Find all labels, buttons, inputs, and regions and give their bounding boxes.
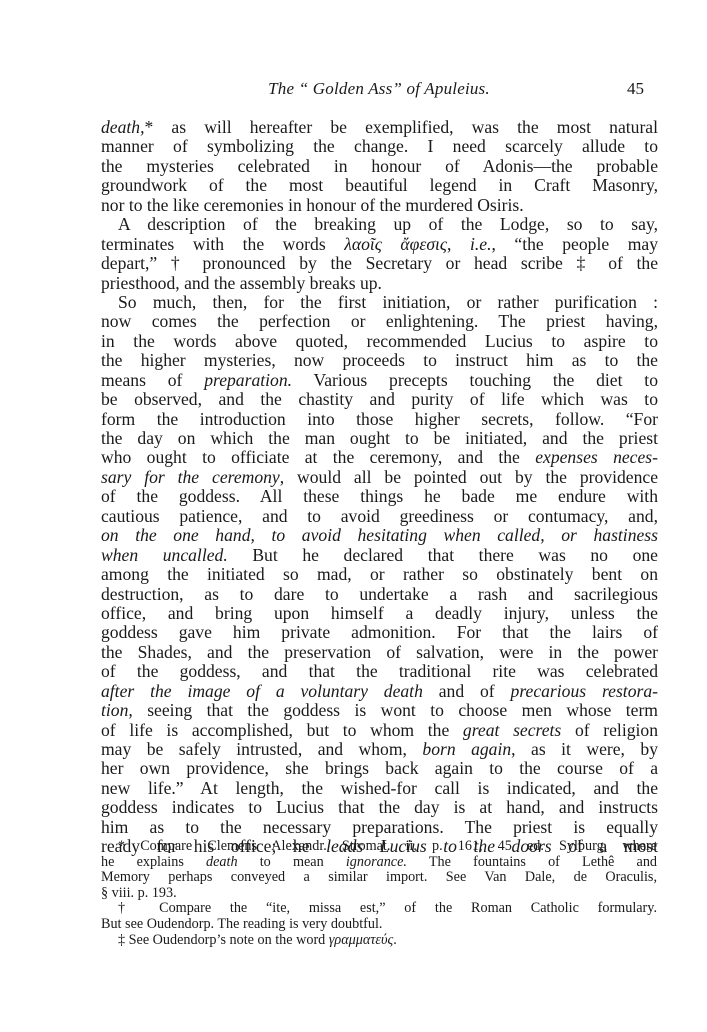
text-line: her own providence, she brings back agai… (101, 759, 658, 778)
footnote-line: † Compare the “ite, missa est,” of the R… (101, 901, 657, 917)
text-run: he explains (101, 854, 206, 870)
text-run: be observed, and the chastity and purity… (101, 389, 658, 409)
text-run: Memory perhaps conveyed a similar import… (101, 869, 657, 885)
text-run: nor to the like ceremonies in honour of … (101, 195, 524, 215)
text-line: nor to the like ceremonies in honour of … (101, 196, 658, 215)
text-run: who ought to officiate at the ceremony, … (101, 447, 535, 467)
body-text: death,* as will hereafter be exemplified… (101, 118, 658, 857)
italic-text: expenses neces- (535, 447, 658, 467)
italic-text: sary for the ceremony (101, 467, 280, 487)
italic-text: great secrets (463, 720, 561, 740)
text-run: , (447, 234, 470, 254)
text-run: and of (423, 681, 511, 701)
text-line: destruction, as to dare to undertake a r… (101, 585, 658, 604)
text-run: goddess gave him private admonition. For… (101, 622, 658, 642)
text-line: of the goddess, and that the traditional… (101, 662, 658, 681)
text-run: depart,” † pronounced by the Secretary o… (101, 253, 658, 273)
text-line: in the words above quoted, recommended L… (101, 332, 658, 351)
running-head: The “ Golden Ass” of Apuleius. 45 (101, 79, 657, 101)
italic-text: on the one hand, to avoid hesitating whe… (101, 525, 658, 545)
text-run: form the introduction into those higher … (101, 409, 658, 429)
text-run: manner of symbolizing the change. I need… (101, 136, 658, 156)
text-line: after the image of a voluntary death and… (101, 682, 658, 701)
text-line: sary for the ceremony, would all be poin… (101, 468, 658, 487)
footnote-line: But see Oudendorp. The reading is very d… (101, 917, 657, 933)
italic-text: γραμματεύς (329, 932, 393, 948)
text-run: of the goddess, and that the traditional… (101, 661, 658, 681)
text-run: , “the people may (491, 234, 658, 254)
text-run: priesthood, and the assembly breaks up. (101, 273, 382, 293)
text-line: priesthood, and the assembly breaks up. (101, 274, 658, 293)
text-line: goddess gave him private admonition. For… (101, 623, 658, 642)
text-line: the mysteries celebrated in honour of Ad… (101, 157, 658, 176)
text-run: the Shades, and the preservation of salv… (101, 642, 658, 662)
text-run: * as will hereafter be exemplified, was … (145, 117, 659, 137)
text-run: groundwork of the most beautiful legend … (101, 175, 658, 195)
text-run: terminates with the words (101, 234, 344, 254)
italic-text: preparation. (204, 370, 292, 390)
book-page: The “ Golden Ass” of Apuleius. 45 death,… (0, 0, 707, 1032)
text-run: now comes the perfection or enlightening… (101, 311, 658, 331)
italic-text: i.e. (470, 234, 492, 254)
text-line: A description of the breaking up of the … (101, 215, 658, 234)
text-run: A description of the breaking up of the … (118, 214, 658, 234)
text-line: on the one hand, to avoid hesitating whe… (101, 526, 658, 545)
text-run: in the words above quoted, recommended L… (101, 331, 658, 351)
text-line: new life.” At length, the wished-for cal… (101, 779, 658, 798)
footnote-line: ‡ See Oudendorp’s note on the word γραμμ… (101, 933, 657, 949)
text-line: groundwork of the most beautiful legend … (101, 176, 658, 195)
text-line: office, and bring upon himself a deadly … (101, 604, 658, 623)
text-line: the Shades, and the preservation of salv… (101, 643, 658, 662)
text-run: * Compare Clemens Alexandr. Stromat. ii.… (118, 838, 657, 854)
text-line: death,* as will hereafter be exemplified… (101, 118, 658, 137)
footnote-line: § viii. p. 193. (101, 886, 657, 902)
text-run: new life.” At length, the wished-for cal… (101, 778, 658, 798)
footnote-line: Memory perhaps conveyed a similar import… (101, 870, 657, 886)
text-line: terminates with the words λαοῖς ἄφεσις, … (101, 235, 658, 254)
text-run: destruction, as to dare to undertake a r… (101, 584, 658, 604)
italic-text: after the image of a voluntary death (101, 681, 423, 701)
text-run: means of (101, 370, 204, 390)
text-run: may be safely intrusted, and whom, (101, 739, 422, 759)
text-line: of life is accomplished, but to whom the… (101, 721, 658, 740)
text-run: But see Oudendorp. The reading is very d… (101, 916, 382, 932)
text-run: So much, then, for the first initiation,… (118, 292, 658, 312)
text-run: the higher mysteries, now proceeds to in… (101, 350, 658, 370)
footnote-line: * Compare Clemens Alexandr. Stromat. ii.… (101, 839, 657, 855)
italic-text: when uncalled. (101, 545, 228, 565)
text-run: goddess indicates to Lucius that the day… (101, 797, 658, 817)
text-line: be observed, and the chastity and purity… (101, 390, 658, 409)
text-run: ‡ See Oudendorp’s note on the word (118, 932, 329, 948)
text-line: when uncalled. But he declared that ther… (101, 546, 658, 565)
text-run: seeing that the goddess is wont to choos… (133, 700, 658, 720)
text-line: manner of symbolizing the change. I need… (101, 137, 658, 156)
text-run: § viii. p. 193. (101, 885, 177, 901)
text-line: him as to the necessary preparations. Th… (101, 818, 658, 837)
text-run: to mean (238, 854, 346, 870)
text-run: office, and bring upon himself a deadly … (101, 603, 658, 623)
text-run: of life is accomplished, but to whom the (101, 720, 463, 740)
text-line: tion, seeing that the goddess is wont to… (101, 701, 658, 720)
text-run: † Compare the “ite, missa est,” of the R… (118, 900, 657, 916)
text-run: among the initiated so mad, or rather so… (101, 564, 658, 584)
italic-text: ignorance. (346, 854, 407, 870)
text-run: The fountains of Lethê and (407, 854, 657, 870)
text-run: But he declared that there was no one (228, 545, 658, 565)
text-run: the mysteries celebrated in honour of Ad… (101, 156, 658, 176)
text-run: , would all be pointed out by the provid… (280, 467, 658, 487)
text-run: of the goddess. All these things he bade… (101, 486, 658, 506)
text-line: So much, then, for the first initiation,… (101, 293, 658, 312)
text-line: form the introduction into those higher … (101, 410, 658, 429)
text-line: may be safely intrusted, and whom, born … (101, 740, 658, 759)
text-line: among the initiated so mad, or rather so… (101, 565, 658, 584)
text-line: means of preparation. Various precepts t… (101, 371, 658, 390)
text-line: cautious patience, and to avoid greedine… (101, 507, 658, 526)
text-run: of religion (561, 720, 658, 740)
text-line: now comes the perfection or enlightening… (101, 312, 658, 331)
text-run: her own providence, she brings back agai… (101, 758, 658, 778)
running-title: The “ Golden Ass” of Apuleius. (101, 79, 657, 99)
italic-text: λαοῖς ἄφεσις (344, 234, 447, 254)
text-line: depart,” † pronounced by the Secretary o… (101, 254, 658, 273)
text-run: , as it were, by (511, 739, 658, 759)
italic-text: born again (422, 739, 511, 759)
text-run: the day on which the man ought to be ini… (101, 428, 658, 448)
text-line: goddess indicates to Lucius that the day… (101, 798, 658, 817)
text-line: the day on which the man ought to be ini… (101, 429, 658, 448)
footnotes: * Compare Clemens Alexandr. Stromat. ii.… (101, 839, 657, 948)
text-line: the higher mysteries, now proceeds to in… (101, 351, 658, 370)
text-run: Various precepts touching the diet to (292, 370, 658, 390)
text-run: cautious patience, and to avoid greedine… (101, 506, 658, 526)
italic-text: precarious restora- (511, 681, 658, 701)
text-run: . (393, 932, 397, 948)
italic-text: tion, (101, 700, 133, 720)
text-line: of the goddess. All these things he bade… (101, 487, 658, 506)
italic-text: death, (101, 117, 145, 137)
text-run: him as to the necessary preparations. Th… (101, 817, 658, 837)
text-line: who ought to officiate at the ceremony, … (101, 448, 658, 467)
page-number: 45 (627, 79, 644, 99)
footnote-line: he explains death to mean ignorance. The… (101, 855, 657, 871)
italic-text: death (206, 854, 238, 870)
